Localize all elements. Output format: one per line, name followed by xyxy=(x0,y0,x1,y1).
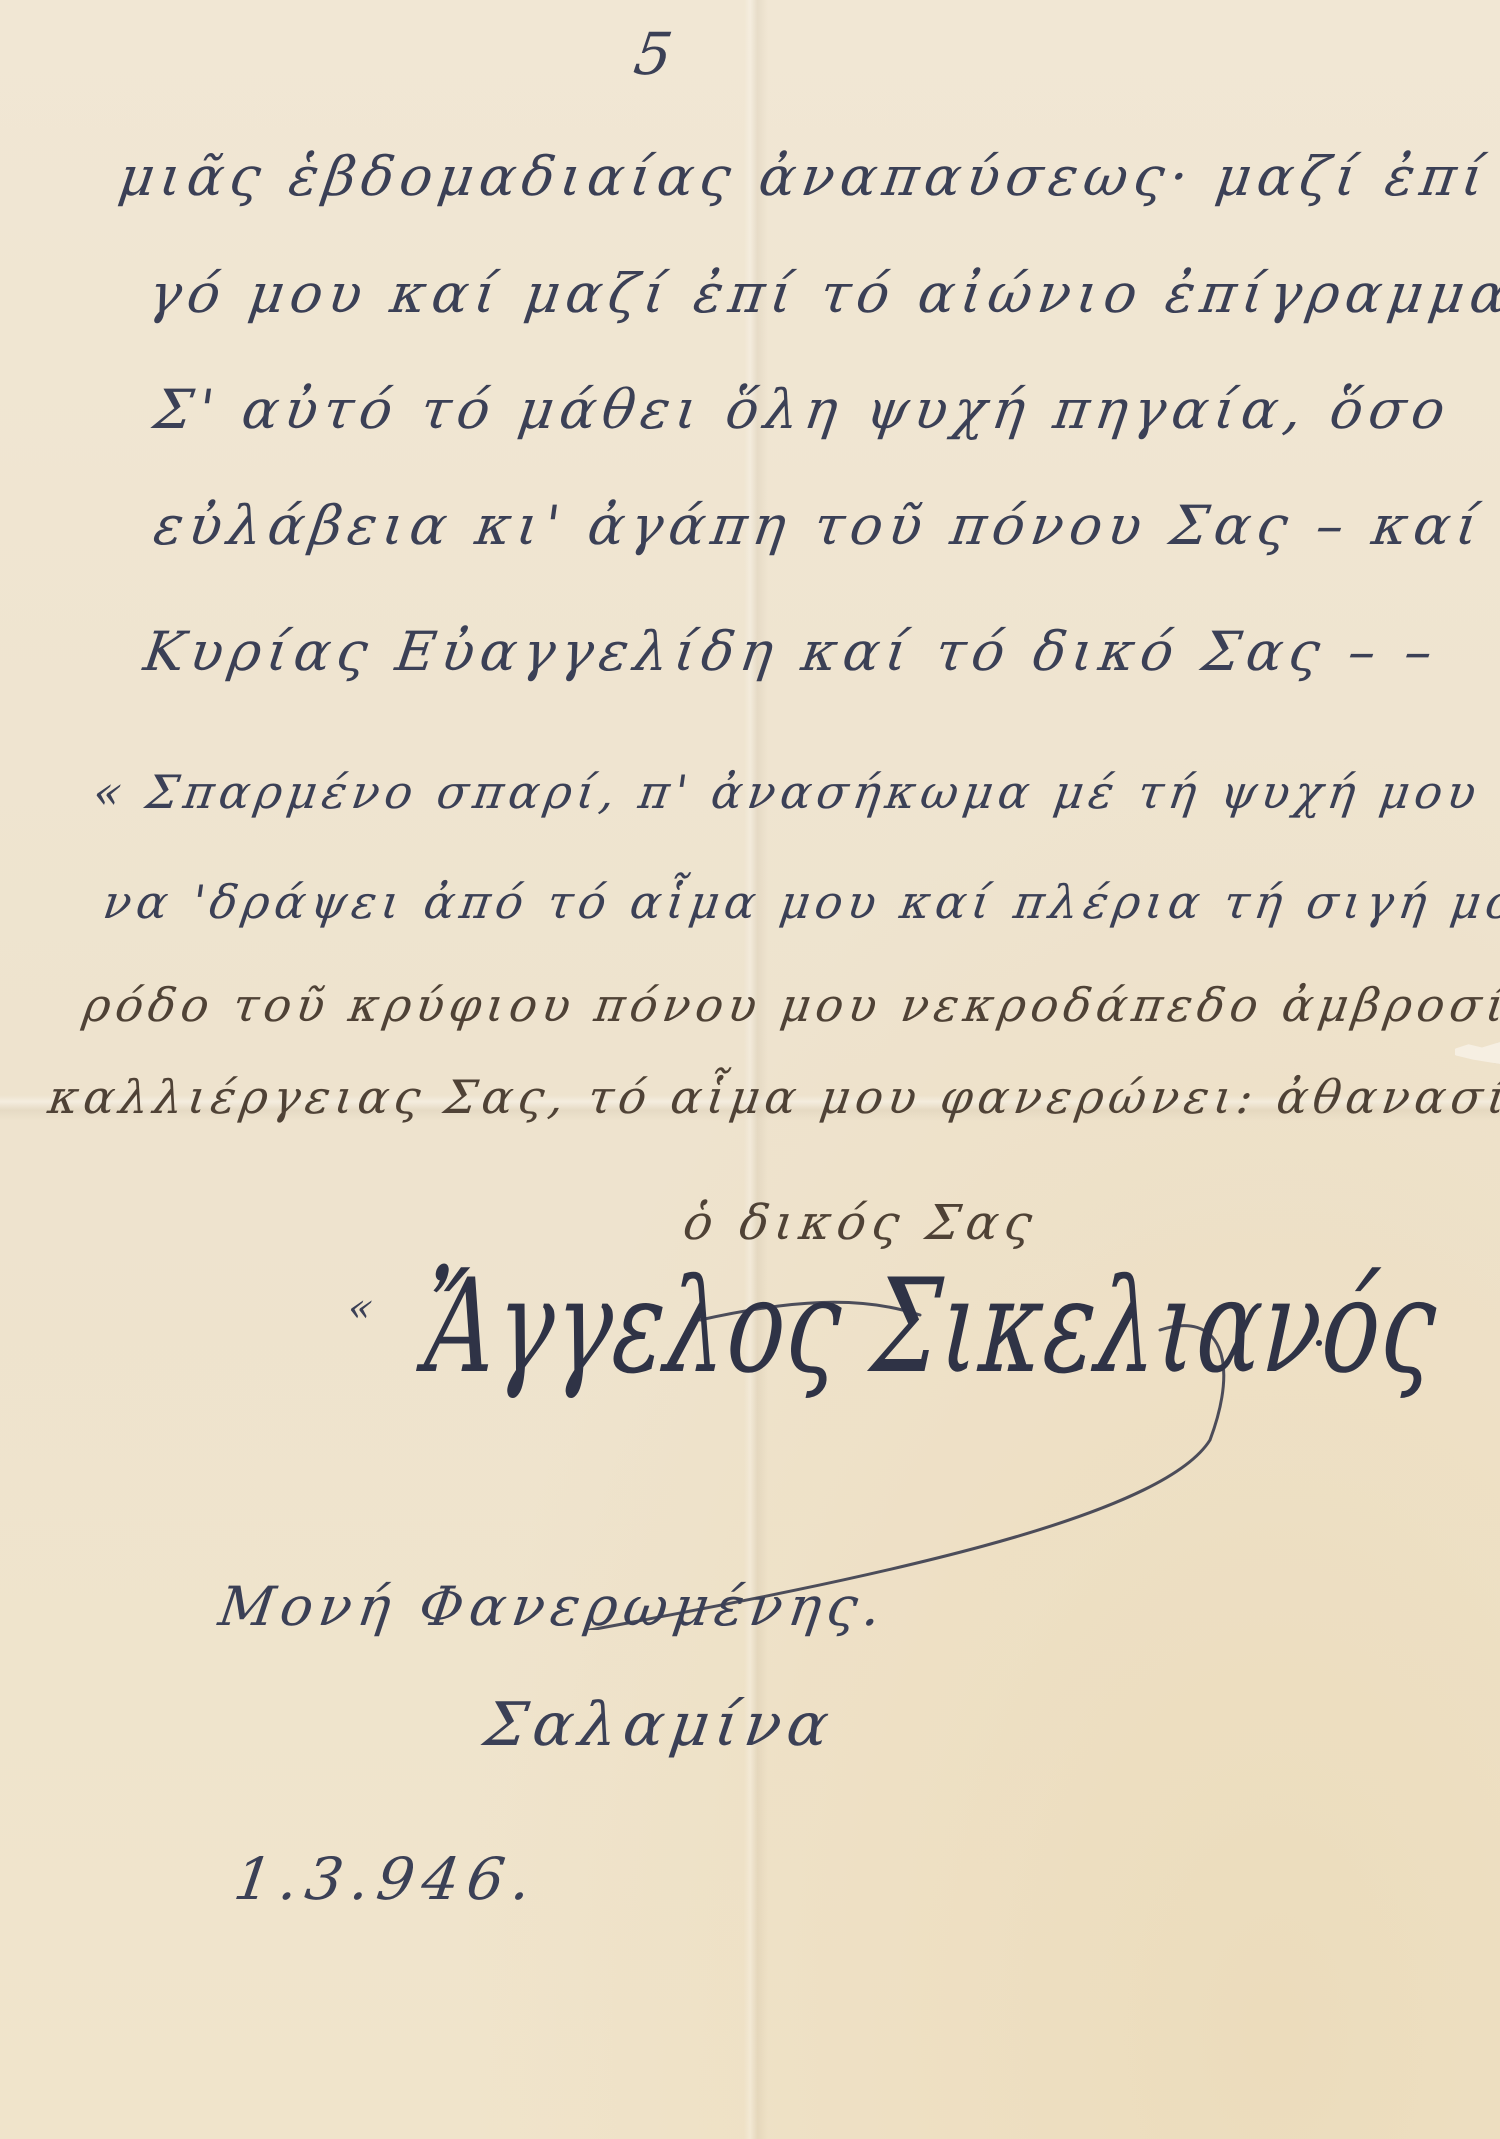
body-line-3: Σ' αὐτό τό μάθει ὅλη ψυχή πηγαία, ὅσο xyxy=(150,378,1455,441)
letter-page: 5 μιᾶς ἑβδομαδιαίας ἀναπαύσεως· μαζί ἐπί… xyxy=(0,0,1500,2139)
quote-line-2: να 'δράψει ἀπό τό αἷμα μου καί πλέρια τή… xyxy=(100,875,1500,929)
body-line-1: μιᾶς ἑβδομαδιαίας ἀναπαύσεως· μαζί ἐπί τ… xyxy=(115,145,1500,208)
body-line-4: εὐλάβεια κι' ἀγάπη τοῦ πόνου Σας – καί τ… xyxy=(150,494,1500,557)
place-line-1: Μονή Φανερωμένης. xyxy=(215,1575,891,1638)
paper-tear xyxy=(1455,1042,1500,1064)
signature-period xyxy=(1316,1340,1322,1346)
quote-line-4: καλλιέργειας Σας, τό αἷμα μου φανερώνει:… xyxy=(45,1070,1500,1124)
page-number: 5 xyxy=(630,20,676,88)
quote-line-1: « Σπαρμένο σπαρί, π' ἀνασήκωμα μέ τή ψυχ… xyxy=(90,765,1500,819)
closing-salutation: ὁ δικός Σας xyxy=(680,1195,1041,1251)
body-line-5: Κυρίας Εὐαγγελίδη καί τό δικό Σας – – xyxy=(140,620,1442,683)
place-line-2: Σαλαμίνα xyxy=(480,1690,839,1760)
letter-date: 1.3.946. xyxy=(230,1845,543,1913)
quote-line-3: ρόδο τοῦ κρύφιου πόνου μου νεκροδάπεδο ἀ… xyxy=(80,978,1500,1032)
body-line-2: γό μου καί μαζί ἐπί τό αἰώνιο ἐπίγραμμα:… xyxy=(145,262,1500,325)
signature-quote-mark: « xyxy=(345,1285,376,1331)
